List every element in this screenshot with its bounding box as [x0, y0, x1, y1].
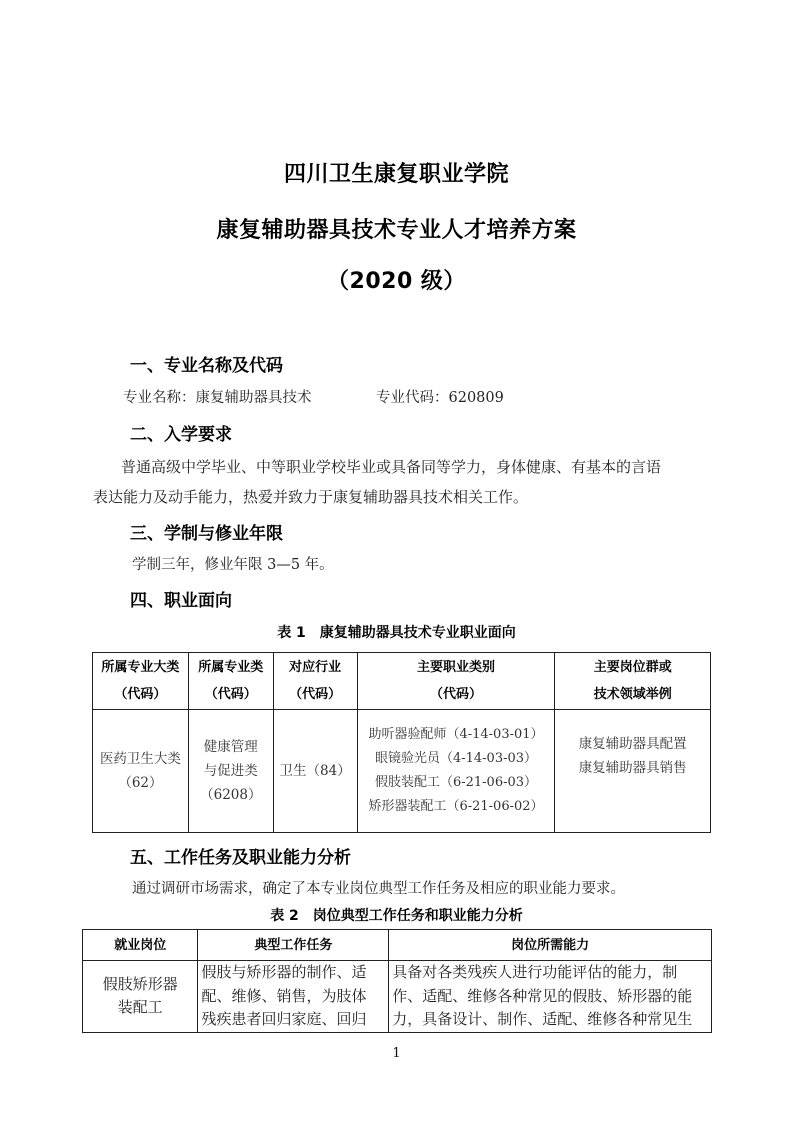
- section-heading-2: 二、入学要求: [130, 420, 232, 445]
- table1-header-row: 所属专业大类（代码） 所属专业类（代码） 对应行业（代码） 主要职业类别（代码）…: [93, 653, 711, 710]
- table-row: 假肢矫形器装配工 假肢与矫形器的制作、适配、维修、销售，为肢体残疾患者回归家庭、…: [83, 961, 712, 1033]
- table1-header-cell: 主要职业类别（代码）: [357, 653, 555, 710]
- table2-cell-tasks: 假肢与矫形器的制作、适配、维修、销售，为肢体残疾患者回归家庭、回归: [198, 961, 389, 1033]
- duration-para: 学制三年，修业年限 3—5 年。: [132, 553, 334, 574]
- analysis-para: 通过调研市场需求，确定了本专业岗位典型工作任务及相应的职业能力要求。: [132, 877, 625, 898]
- table2-cell-position: 假肢矫形器装配工: [83, 961, 198, 1033]
- major-name: 专业名称：康复辅助器具技术: [123, 386, 312, 407]
- table2-header-cell: 典型工作任务: [198, 930, 389, 961]
- table1-cell-industry: 卫生（84）: [273, 710, 357, 833]
- admission-para-line1: 普通高级中学毕业、中等职业学校毕业或具备同等学力，身体健康、有基本的言语: [121, 456, 661, 477]
- document-title-program: 康复辅助器具技术专业人才培养方案: [0, 213, 793, 244]
- section-heading-1: 一、专业名称及代码: [130, 351, 283, 376]
- table1-cell-major-class: 健康管理与促进类（6208）: [188, 710, 273, 833]
- table2-header-cell: 就业岗位: [83, 930, 198, 961]
- section-heading-3: 三、学制与修业年限: [130, 519, 283, 544]
- document-title-institution: 四川卫生康复职业学院: [0, 157, 793, 188]
- table1-cell-major-category: 医药卫生大类（62）: [93, 710, 189, 833]
- table2-cell-abilities: 具备对各类残疾人进行功能评估的能力，制作、适配、维修各种常见的假肢、矫形器的能力…: [389, 961, 712, 1033]
- page-number: 1: [0, 1046, 793, 1061]
- table1-header-cell: 所属专业大类（代码）: [93, 653, 189, 710]
- section-heading-5: 五、工作任务及职业能力分析: [130, 843, 351, 868]
- table2-caption: 表 2 岗位典型工作任务和职业能力分析: [0, 905, 793, 925]
- admission-para-line2: 表达能力及动手能力，热爱并致力于康复辅助器具技术相关工作。: [93, 486, 528, 507]
- section-heading-4: 四、职业面向: [130, 586, 232, 611]
- table1-header-cell: 主要岗位群或技术领域举例: [555, 653, 711, 710]
- table1-cell-occupations: 助听器验配师（4-14-03-01）眼镜验光员（4-14-03-03）假肢装配工…: [357, 710, 555, 833]
- job-task-ability-table: 就业岗位 典型工作任务 岗位所需能力 假肢矫形器装配工 假肢与矫形器的制作、适配…: [82, 929, 712, 1033]
- table1-header-cell: 对应行业（代码）: [273, 653, 357, 710]
- table-row: 医药卫生大类（62） 健康管理与促进类（6208） 卫生（84） 助听器验配师（…: [93, 710, 711, 833]
- career-orientation-table: 所属专业大类（代码） 所属专业类（代码） 对应行业（代码） 主要职业类别（代码）…: [92, 652, 711, 833]
- table1-cell-job-groups: 康复辅助器具配置康复辅助器具销售: [555, 710, 711, 833]
- major-code: 专业代码：620809: [376, 386, 504, 407]
- table1-header-cell: 所属专业类（代码）: [188, 653, 273, 710]
- document-title-cohort: （2020 级）: [0, 264, 793, 295]
- table2-header-row: 就业岗位 典型工作任务 岗位所需能力: [83, 930, 712, 961]
- table2-header-cell: 岗位所需能力: [389, 930, 712, 961]
- table1-caption: 表 1 康复辅助器具技术专业职业面向: [0, 622, 793, 642]
